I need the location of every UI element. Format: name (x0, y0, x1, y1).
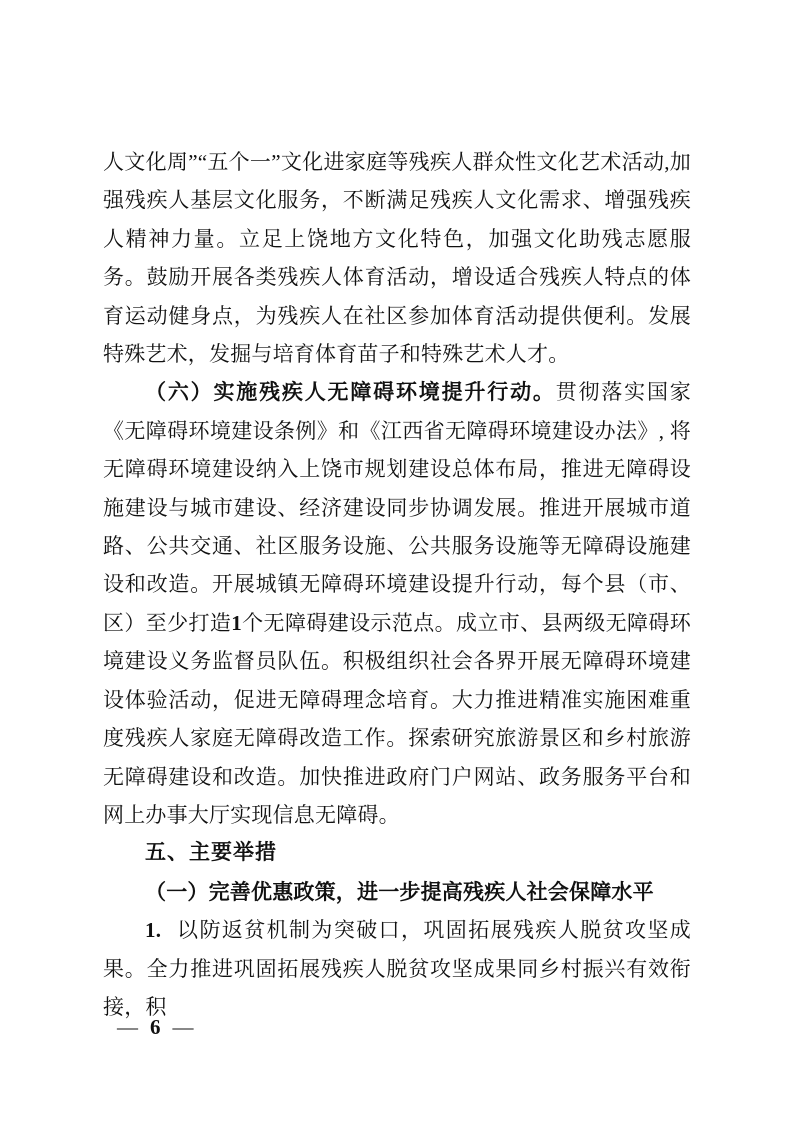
heading-sub-preferential-policies: （一）完善优惠政策，进一步提高残疾人社会保障水平 (103, 873, 691, 911)
paragraph-item-1: 1.以防返贫机制为突破口，巩固拓展残疾人脱贫攻坚成果。全力推进巩固拓展残疾人脱贫… (103, 911, 691, 1026)
page-footer: —6— (117, 1012, 196, 1042)
paragraph-culture-sports: 人文化周”“五个一”文化进家庭等残疾人群众性文化艺术活动,加强残疾人基层文化服务… (103, 143, 691, 373)
paragraph-culture-sports-text: 人文化周”“五个一”文化进家庭等残疾人群众性文化艺术活动,加强残疾人基层文化服务… (103, 150, 691, 366)
section-6-text-before-number: 贯彻落实国家《无障碍环境建设条例》和《江西省无障碍环境建设办法》, 将无障碍环境… (103, 380, 691, 634)
footer-dash-right: — (173, 1015, 196, 1039)
footer-dash-left: — (117, 1015, 140, 1039)
section-6-text-after-number: 个无障碍建设示范点。成立市、县两级无障碍环境建设义务监督员队伍。积极组织社会各界… (103, 611, 691, 827)
document-page: 人文化周”“五个一”文化进家庭等残疾人群众性文化艺术活动,加强残疾人基层文化服务… (0, 0, 793, 1122)
heading-main-measures: 五、主要举措 (103, 834, 691, 872)
paragraph-section-6: （六）实施残疾人无障碍环境提升行动。贯彻落实国家《无障碍环境建设条例》和《江西省… (103, 373, 691, 834)
item-1-number: 1. (145, 918, 161, 942)
page-number: 6 (150, 1015, 163, 1039)
section-6-number: 1 (231, 611, 242, 635)
item-1-text: 以防返贫机制为突破口，巩固拓展残疾人脱贫攻坚成果。全力推进巩固拓展残疾人脱贫攻坚… (103, 918, 691, 1019)
document-body: 人文化周”“五个一”文化进家庭等残疾人群众性文化艺术活动,加强残疾人基层文化服务… (103, 143, 691, 1026)
section-6-heading: （六）实施残疾人无障碍环境提升行动。 (145, 380, 556, 404)
